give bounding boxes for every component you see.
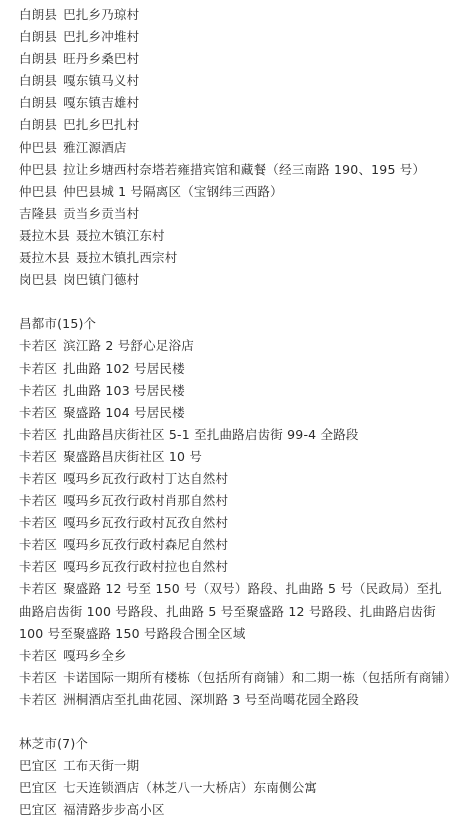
- list-item: 卡若区聚盛路 12 号至 150 号（双号）路段、扎曲路 5 号（民政局）至扎曲…: [19, 578, 447, 644]
- county-name: 仲巴县: [19, 162, 57, 177]
- list-item: 白朗县嘎东镇吉雄村: [19, 92, 447, 114]
- list-item: 卡若区扎曲路 103 号居民楼: [19, 380, 447, 402]
- list-item: 卡若区聚盛路昌庆街社区 10 号: [19, 446, 447, 468]
- place-name: 嘎玛乡全乡: [63, 648, 127, 663]
- county-name: 卡若区: [19, 405, 57, 420]
- list-item: 卡若区嘎玛乡瓦孜行政村拉也自然村: [19, 556, 447, 578]
- place-name: 拉让乡塘西村奈塔若雍措宾馆和藏餐（经三南路 190、195 号）: [63, 162, 425, 177]
- list-item: 卡若区滨江路 2 号舒心足浴店: [19, 335, 447, 357]
- county-name: 岗巴县: [19, 272, 57, 287]
- county-name: 聂拉木县: [19, 250, 70, 265]
- list-item: 卡若区扎曲路 102 号居民楼: [19, 358, 447, 380]
- place-name: 洲桐酒店至扎曲花园、深圳路 3 号至尚噶花园全路段: [63, 692, 359, 707]
- county-name: 卡若区: [19, 692, 57, 707]
- list-item: 岗巴县岗巴镇门德村: [19, 269, 447, 291]
- document-body: 白朗县巴扎乡乃琼村 白朗县巴扎乡冲堆村 白朗县旺丹乡桑巴村 白朗县嘎东镇马义村 …: [0, 0, 461, 821]
- place-name: 卡诺国际一期所有楼栋（包括所有商铺）和二期一栋（包括所有商铺）: [63, 670, 457, 685]
- county-name: 卡若区: [19, 493, 57, 508]
- list-item: 卡若区嘎玛乡全乡: [19, 645, 447, 667]
- place-name: 聚盛路昌庆街社区 10 号: [63, 449, 202, 464]
- list-item: 卡若区聚盛路 104 号居民楼: [19, 402, 447, 424]
- place-name: 聚盛路 12 号至 150 号（双号）路段、扎曲路 5 号（民政局）至扎曲路启齿…: [19, 581, 442, 640]
- county-name: 巴宜区: [19, 780, 57, 795]
- county-name: 吉隆县: [19, 206, 57, 221]
- place-name: 聂拉木镇江东村: [76, 228, 165, 243]
- place-name: 仲巴县城 1 号隔离区（宝钢纬三西路）: [63, 184, 283, 199]
- place-name: 七天连锁酒店（林芝八一大桥店）东南侧公寓: [63, 780, 317, 795]
- place-name: 巴扎乡冲堆村: [63, 29, 139, 44]
- list-item: 白朗县巴扎乡乃琼村: [19, 4, 447, 26]
- county-name: 卡若区: [19, 581, 57, 596]
- place-name: 扎曲路 102 号居民楼: [63, 361, 185, 376]
- place-name: 嘎玛乡瓦孜行政村拉也自然村: [63, 559, 228, 574]
- place-name: 扎曲路 103 号居民楼: [63, 383, 185, 398]
- place-name: 工布天街一期: [63, 758, 139, 773]
- section-heading: 林芝市(7)个: [19, 733, 447, 755]
- list-item: 巴宜区七天连锁酒店（林芝八一大桥店）东南侧公寓: [19, 777, 447, 799]
- place-name: 嘎东镇马义村: [63, 73, 139, 88]
- place-name: 巴扎乡乃琼村: [63, 7, 139, 22]
- place-name: 福清路步步高小区: [63, 802, 165, 817]
- list-item: 白朗县嘎东镇马义村: [19, 70, 447, 92]
- county-name: 卡若区: [19, 338, 57, 353]
- place-name: 嘎玛乡瓦孜行政村肖那自然村: [63, 493, 228, 508]
- place-name: 嘎玛乡瓦孜行政村森尼自然村: [63, 537, 228, 552]
- county-name: 聂拉木县: [19, 228, 70, 243]
- place-name: 嘎玛乡瓦孜行政村丁达自然村: [63, 471, 228, 486]
- place-name: 巴扎乡巴扎村: [63, 117, 139, 132]
- list-item: 卡若区洲桐酒店至扎曲花园、深圳路 3 号至尚噶花园全路段: [19, 689, 447, 711]
- section-heading: 昌都市(15)个: [19, 313, 447, 335]
- section-chamdo: 昌都市(15)个 卡若区滨江路 2 号舒心足浴店 卡若区扎曲路 102 号居民楼…: [19, 313, 447, 711]
- list-item: 仲巴县拉让乡塘西村奈塔若雍措宾馆和藏餐（经三南路 190、195 号）: [19, 159, 447, 181]
- list-item: 聂拉木县聂拉木镇江东村: [19, 225, 447, 247]
- county-name: 卡若区: [19, 648, 57, 663]
- list-item: 卡若区嘎玛乡瓦孜行政村瓦孜自然村: [19, 512, 447, 534]
- place-name: 聂拉木镇扎西宗村: [76, 250, 178, 265]
- county-name: 卡若区: [19, 449, 57, 464]
- county-name: 卡若区: [19, 515, 57, 530]
- list-item: 巴宜区工布天街一期: [19, 755, 447, 777]
- list-item: 巴宜区福清路步步高小区: [19, 799, 447, 821]
- county-name: 白朗县: [19, 117, 57, 132]
- list-item: 仲巴县仲巴县城 1 号隔离区（宝钢纬三西路）: [19, 181, 447, 203]
- place-name: 聚盛路 104 号居民楼: [63, 405, 185, 420]
- list-item: 卡若区卡诺国际一期所有楼栋（包括所有商铺）和二期一栋（包括所有商铺）: [19, 667, 447, 689]
- place-name: 旺丹乡桑巴村: [63, 51, 139, 66]
- spacer: [19, 291, 447, 313]
- county-name: 卡若区: [19, 427, 57, 442]
- spacer: [19, 711, 447, 733]
- county-name: 巴宜区: [19, 758, 57, 773]
- list-item: 白朗县巴扎乡冲堆村: [19, 26, 447, 48]
- county-name: 卡若区: [19, 471, 57, 486]
- county-name: 卡若区: [19, 383, 57, 398]
- list-item: 白朗县巴扎乡巴扎村: [19, 114, 447, 136]
- list-item: 卡若区嘎玛乡瓦孜行政村丁达自然村: [19, 468, 447, 490]
- county-name: 白朗县: [19, 7, 57, 22]
- section-shigatse-continued: 白朗县巴扎乡乃琼村 白朗县巴扎乡冲堆村 白朗县旺丹乡桑巴村 白朗县嘎东镇马义村 …: [19, 4, 447, 291]
- county-name: 白朗县: [19, 51, 57, 66]
- list-item: 卡若区扎曲路昌庆街社区 5-1 至扎曲路启齿街 99-4 全路段: [19, 424, 447, 446]
- place-name: 雅江源酒店: [63, 140, 127, 155]
- county-name: 巴宜区: [19, 802, 57, 817]
- place-name: 滨江路 2 号舒心足浴店: [63, 338, 194, 353]
- place-name: 嘎玛乡瓦孜行政村瓦孜自然村: [63, 515, 228, 530]
- list-item: 聂拉木县聂拉木镇扎西宗村: [19, 247, 447, 269]
- county-name: 卡若区: [19, 361, 57, 376]
- place-name: 贡当乡贡当村: [63, 206, 139, 221]
- county-name: 卡若区: [19, 537, 57, 552]
- county-name: 白朗县: [19, 29, 57, 44]
- list-item: 卡若区嘎玛乡瓦孜行政村肖那自然村: [19, 490, 447, 512]
- list-item: 卡若区嘎玛乡瓦孜行政村森尼自然村: [19, 534, 447, 556]
- place-name: 嘎东镇吉雄村: [63, 95, 139, 110]
- county-name: 白朗县: [19, 95, 57, 110]
- list-item: 白朗县旺丹乡桑巴村: [19, 48, 447, 70]
- county-name: 卡若区: [19, 559, 57, 574]
- county-name: 白朗县: [19, 73, 57, 88]
- list-item: 吉隆县贡当乡贡当村: [19, 203, 447, 225]
- place-name: 岗巴镇门德村: [63, 272, 139, 287]
- section-nyingchi: 林芝市(7)个 巴宜区工布天街一期 巴宜区七天连锁酒店（林芝八一大桥店）东南侧公…: [19, 733, 447, 821]
- county-name: 仲巴县: [19, 184, 57, 199]
- place-name: 扎曲路昌庆街社区 5-1 至扎曲路启齿街 99-4 全路段: [63, 427, 358, 442]
- county-name: 仲巴县: [19, 140, 57, 155]
- list-item: 仲巴县雅江源酒店: [19, 137, 447, 159]
- county-name: 卡若区: [19, 670, 57, 685]
